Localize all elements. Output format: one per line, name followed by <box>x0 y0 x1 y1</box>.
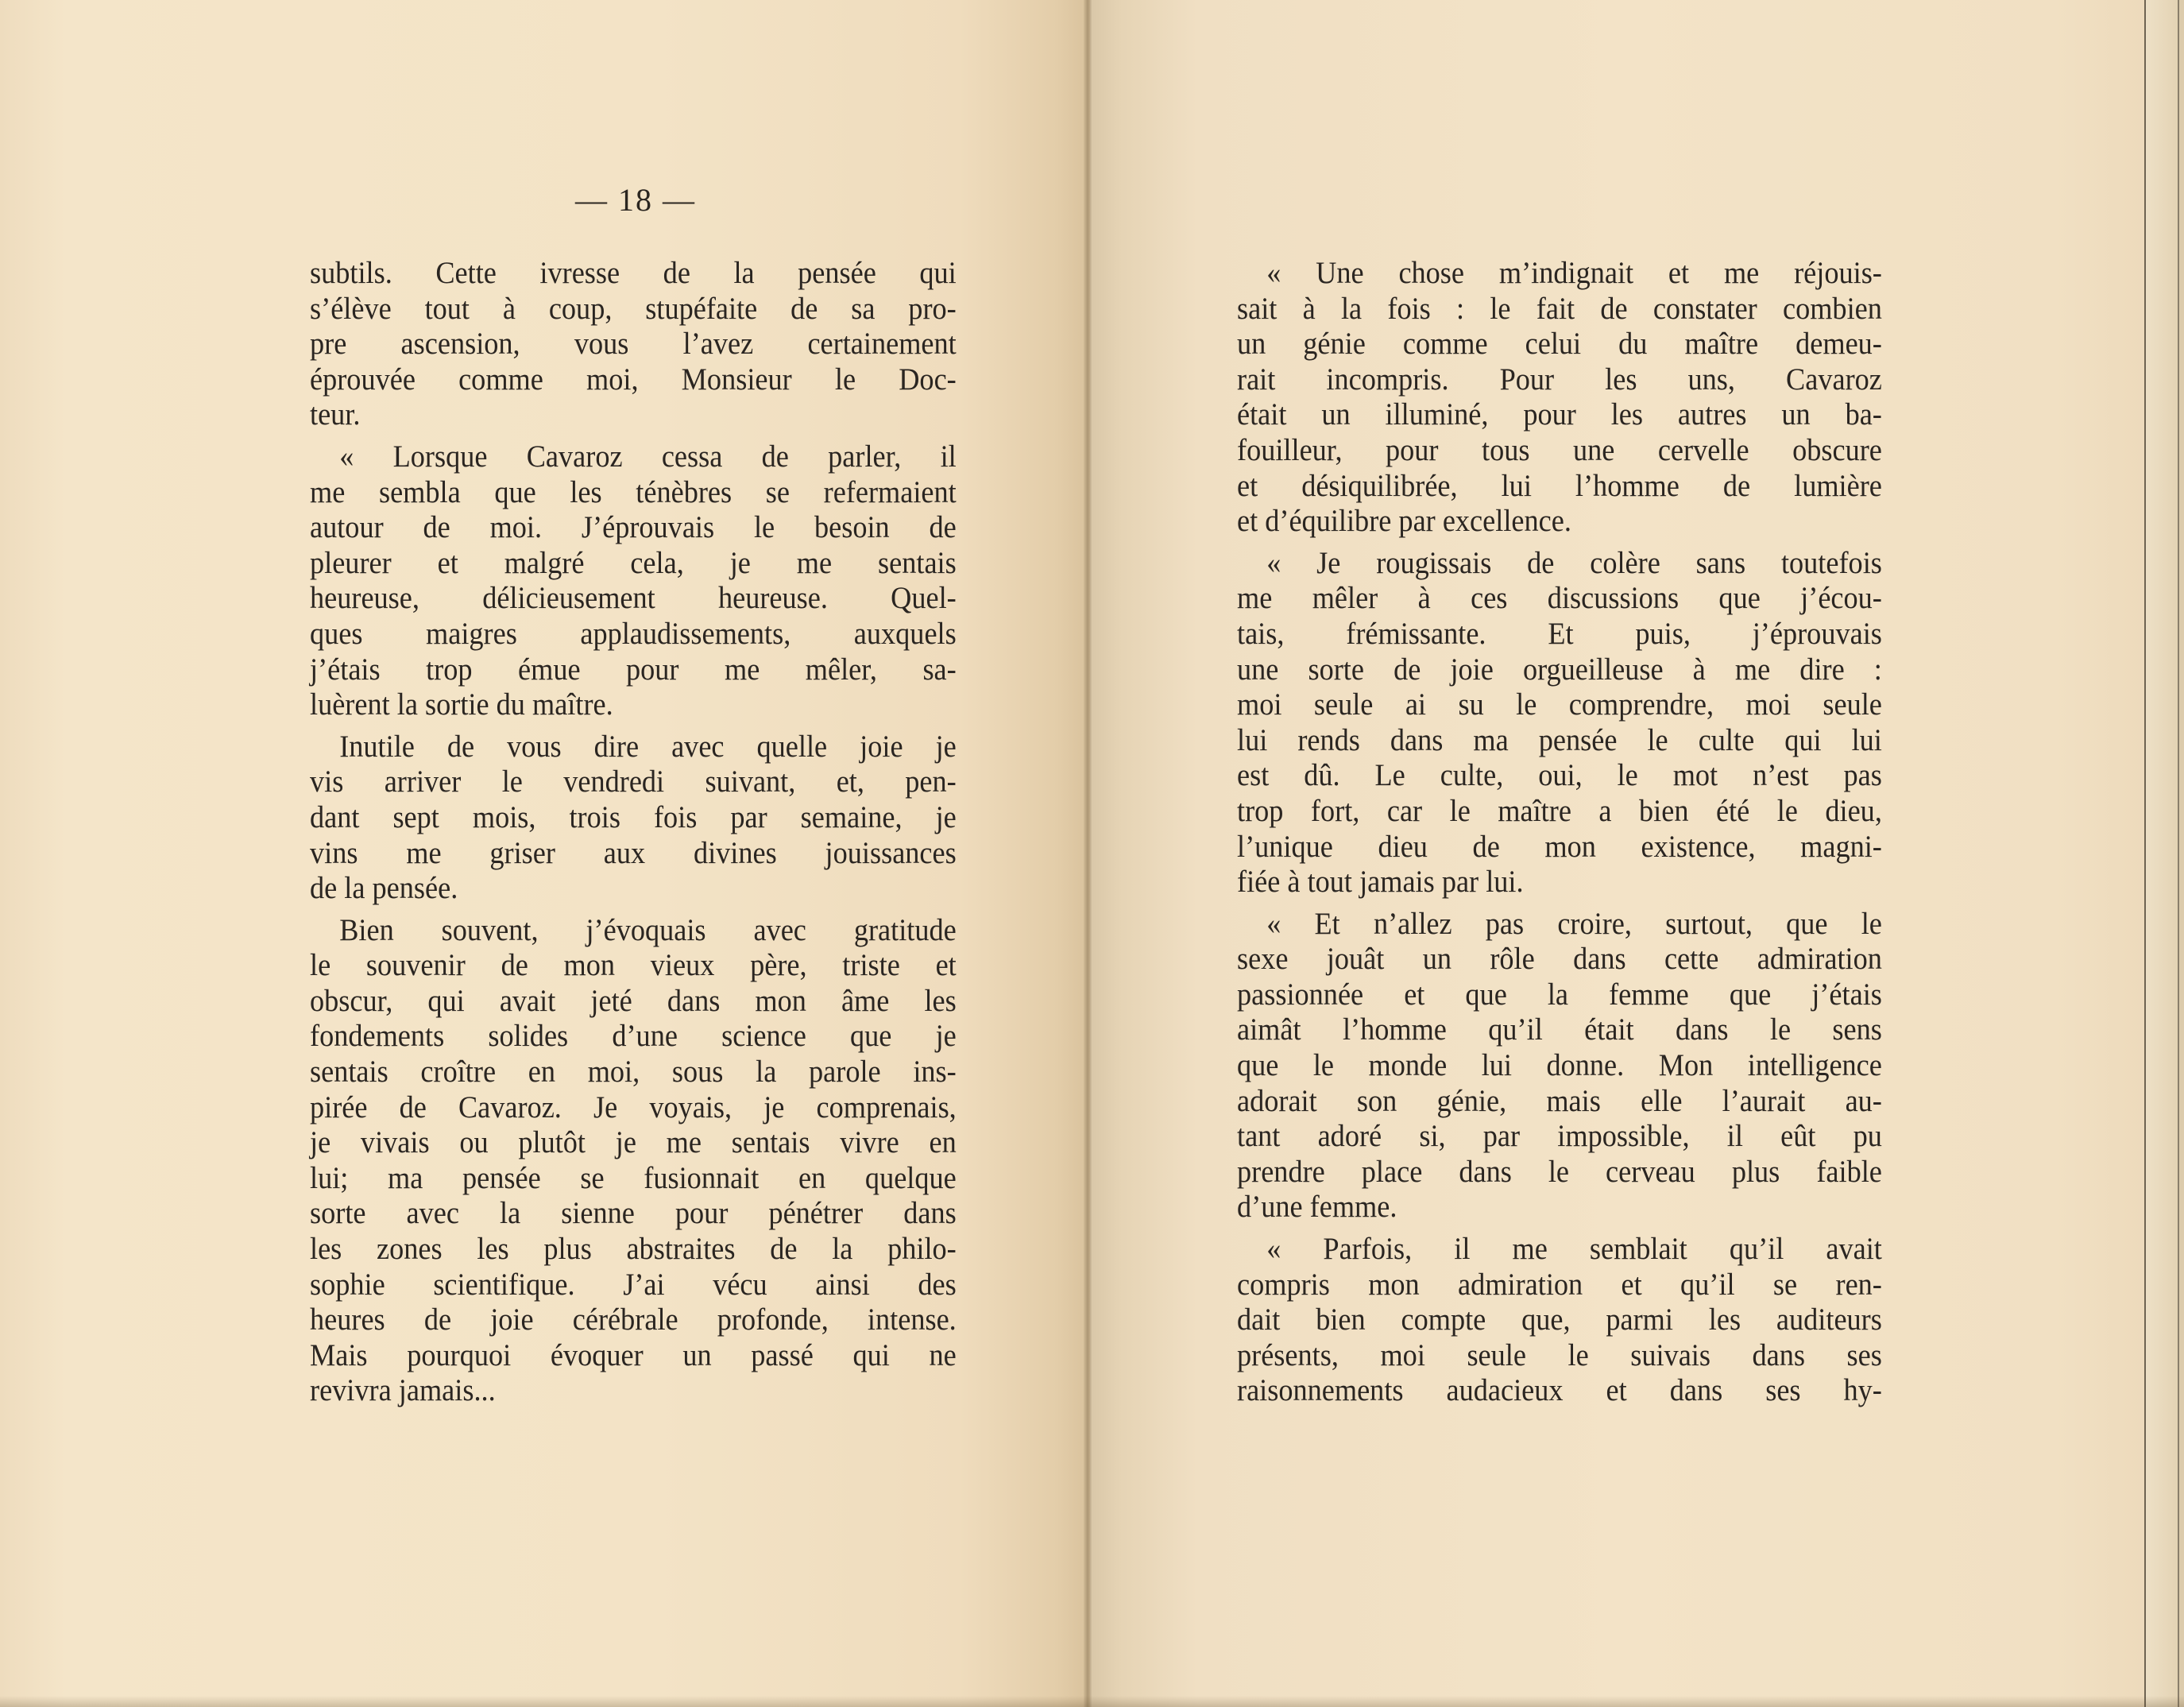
paragraph-gap <box>310 907 957 913</box>
text-line: teur. <box>310 397 957 433</box>
text-line: d’une femme. <box>1237 1190 1882 1225</box>
text-line: heures de joie cérébrale profonde, inten… <box>310 1303 957 1338</box>
text-line: compris mon admiration et qu’il se ren- <box>1237 1268 1882 1303</box>
left-page-text: subtils. Cette ivresse de la pensée quis… <box>310 256 957 1409</box>
text-line: me sembla que les ténèbres se refermaien… <box>310 475 957 511</box>
text-line: le souvenir de mon vieux père, triste et <box>310 948 957 984</box>
text-line: vins me griser aux divines jouissances <box>310 836 957 872</box>
paragraph-gap <box>1237 1225 1882 1232</box>
text-line: Inutile de vous dire avec quelle joie je <box>310 730 957 765</box>
text-line: sorte avec la sienne pour pénétrer dans <box>310 1196 957 1232</box>
text-line: présents, moi seule le suivais dans ses <box>1237 1338 1882 1374</box>
text-line: je vivais ou plutôt je me sentais vivre … <box>310 1125 957 1161</box>
text-line: s’élève tout à coup, stupéfaite de sa pr… <box>310 292 957 327</box>
text-line: une sorte de joie orgueilleuse à me dire… <box>1237 652 1882 688</box>
page-number-left: — 18 — <box>516 181 755 219</box>
paragraph-gap <box>310 433 957 439</box>
text-line: sait à la fois : le fait de constater co… <box>1237 292 1882 327</box>
text-line: de la pensée. <box>310 871 957 907</box>
book-spine <box>1084 0 1092 1707</box>
text-line: et désiquilibrée, lui l’homme de lumière <box>1237 469 1882 505</box>
text-line: les zones les plus abstraites de la phil… <box>310 1232 957 1268</box>
text-line: « Parfois, il me semblait qu’il avait <box>1237 1232 1882 1268</box>
text-line: obscur, qui avait jeté dans mon âme les <box>310 984 957 1020</box>
text-line: sexe jouât un rôle dans cette admiration <box>1237 942 1882 977</box>
text-line: éprouvée comme moi, Monsieur le Doc- <box>310 362 957 398</box>
text-line: « Je rougissais de colère sans toutefois <box>1237 546 1882 582</box>
text-line: « Lorsque Cavaroz cessa de parler, il <box>310 439 957 475</box>
text-line: rait incompris. Pour les uns, Cavaroz <box>1237 362 1882 398</box>
text-line: pirée de Cavaroz. Je voyais, je comprena… <box>310 1090 957 1126</box>
text-line: Mais pourquoi évoquer un passé qui ne <box>310 1338 957 1374</box>
text-line: aimât l’homme qu’il était dans le sens <box>1237 1012 1882 1048</box>
text-line: tant adoré si, par impossible, il eût pu <box>1237 1119 1882 1155</box>
page-edge-stack <box>2179 0 2184 1707</box>
text-line: trop fort, car le maître a bien été le d… <box>1237 794 1882 830</box>
text-line: l’unique dieu de mon existence, magni- <box>1237 830 1882 865</box>
text-line: adorait son génie, mais elle l’aurait au… <box>1237 1084 1882 1120</box>
text-line: pre ascension, vous l’avez certainement <box>310 327 957 362</box>
text-line: luèrent la sortie du maître. <box>310 687 957 723</box>
page-edge-stack <box>2146 0 2178 1707</box>
text-line: sophie scientifique. J’ai vécu ainsi des <box>310 1268 957 1303</box>
text-line: revivra jamais... <box>310 1373 957 1409</box>
text-line: me mêler à ces discussions que j’écou- <box>1237 581 1882 617</box>
text-line: ques maigres applaudissements, auxquels <box>310 617 957 652</box>
text-line: dait bien compte que, parmi les auditeur… <box>1237 1303 1882 1338</box>
left-page: — 18 — subtils. Cette ivresse de la pens… <box>0 0 1090 1707</box>
text-line: autour de moi. J’éprouvais le besoin de <box>310 510 957 546</box>
text-line: « Une chose m’indignait et me réjouis- <box>1237 256 1882 292</box>
text-line: fiée à tout jamais par lui. <box>1237 865 1882 900</box>
text-line: moi seule ai su le comprendre, moi seule <box>1237 687 1882 723</box>
text-line: vis arriver le vendredi suivant, et, pen… <box>310 764 957 800</box>
text-line: était un illuminé, pour les autres un ba… <box>1237 397 1882 433</box>
text-line: que le monde lui donne. Mon intelligence <box>1237 1048 1882 1084</box>
paragraph-gap <box>1237 540 1882 546</box>
bottom-shadow <box>0 1696 2184 1707</box>
text-line: tais, frémissante. Et puis, j’éprouvais <box>1237 617 1882 652</box>
text-line: fouilleur, pour tous une cervelle obscur… <box>1237 433 1882 469</box>
text-line: lui rends dans ma pensée le culte qui lu… <box>1237 723 1882 759</box>
text-line: est dû. Le culte, oui, le mot n’est pas <box>1237 758 1882 794</box>
paragraph-gap <box>1237 900 1882 907</box>
text-line: j’étais trop émue pour me mêler, sa- <box>310 652 957 688</box>
text-line: Bien souvent, j’évoquais avec gratitude <box>310 913 957 949</box>
text-line: « Et n’allez pas croire, surtout, que le <box>1237 907 1882 943</box>
text-line: lui; ma pensée se fusionnait en quelque <box>310 1161 957 1197</box>
text-line: heureuse, délicieusement heureuse. Quel- <box>310 581 957 617</box>
text-line: passionnée et que la femme que j’étais <box>1237 977 1882 1013</box>
text-line: subtils. Cette ivresse de la pensée qui <box>310 256 957 292</box>
text-line: pleurer et malgré cela, je me sentais <box>310 546 957 582</box>
text-line: et d’équilibre par excellence. <box>1237 504 1882 540</box>
text-line: un génie comme celui du maître demeu- <box>1237 327 1882 362</box>
text-line: sentais croître en moi, sous la parole i… <box>310 1055 957 1090</box>
text-line: prendre place dans le cerveau plus faibl… <box>1237 1155 1882 1190</box>
paragraph-gap <box>310 723 957 730</box>
text-line: dant sept mois, trois fois par semaine, … <box>310 800 957 836</box>
text-line: fondements solides d’une science que je <box>310 1019 957 1055</box>
text-line: raisonnements audacieux et dans ses hy- <box>1237 1373 1882 1409</box>
right-page-text: « Une chose m’indignait et me réjouis-sa… <box>1237 256 1882 1409</box>
